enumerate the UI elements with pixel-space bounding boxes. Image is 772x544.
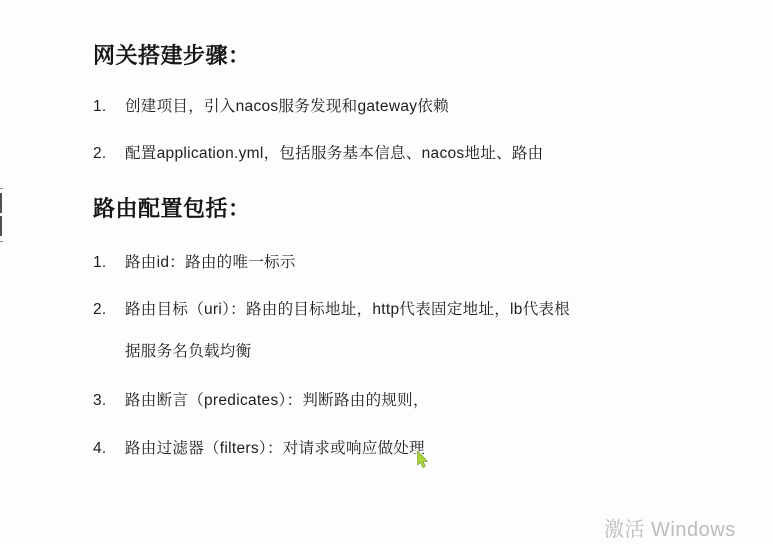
list-item-text: 路由目标（uri）：路由的目标地址，http代表固定地址，lb代表根 [125,299,570,321]
list-item: 2. 配置application.yml，包括服务基本信息、nacos地址、路由 [93,143,543,165]
section-heading-gateway-steps: 网关搭建步骤： [93,41,251,71]
list-item: 4. 路由过滤器（filters）：对请求或响应做处理 [93,438,425,460]
mouse-cursor-icon [416,450,429,469]
list-item-text: 路由断言（predicates）：判断路由的规则， [125,390,429,412]
list-item-number: 4. [93,438,125,460]
list-item-text: 创建项目，引入nacos服务发现和gateway依赖 [125,96,449,118]
list-item-number: 1. [93,252,125,274]
list-item-continuation: 据服务名负载均衡 [125,341,251,363]
list-item-text: 据服务名负载均衡 [125,341,251,363]
notes-page: 网关搭建步骤： 1. 创建项目，引入nacos服务发现和gateway依赖 2.… [0,0,772,544]
left-edge-artifact [0,187,4,243]
list-item: 2. 路由目标（uri）：路由的目标地址，http代表固定地址，lb代表根 [93,299,570,321]
list-item-text: 路由过滤器（filters）：对请求或响应做处理 [125,438,425,460]
list-item-text: 路由id：路由的唯一标示 [125,252,296,274]
list-item: 3. 路由断言（predicates）：判断路由的规则， [93,390,429,412]
section-heading-route-config: 路由配置包括： [93,194,251,224]
list-item-number: 1. [93,96,125,118]
list-item-text: 配置application.yml，包括服务基本信息、nacos地址、路由 [125,143,543,165]
list-item-number: 3. [93,390,125,412]
activate-windows-watermark: 激活 Windows [604,517,736,543]
list-item-number: 2. [93,143,125,165]
list-item-number: 2. [93,299,125,321]
list-item: 1. 路由id：路由的唯一标示 [93,252,296,274]
list-item: 1. 创建项目，引入nacos服务发现和gateway依赖 [93,96,449,118]
